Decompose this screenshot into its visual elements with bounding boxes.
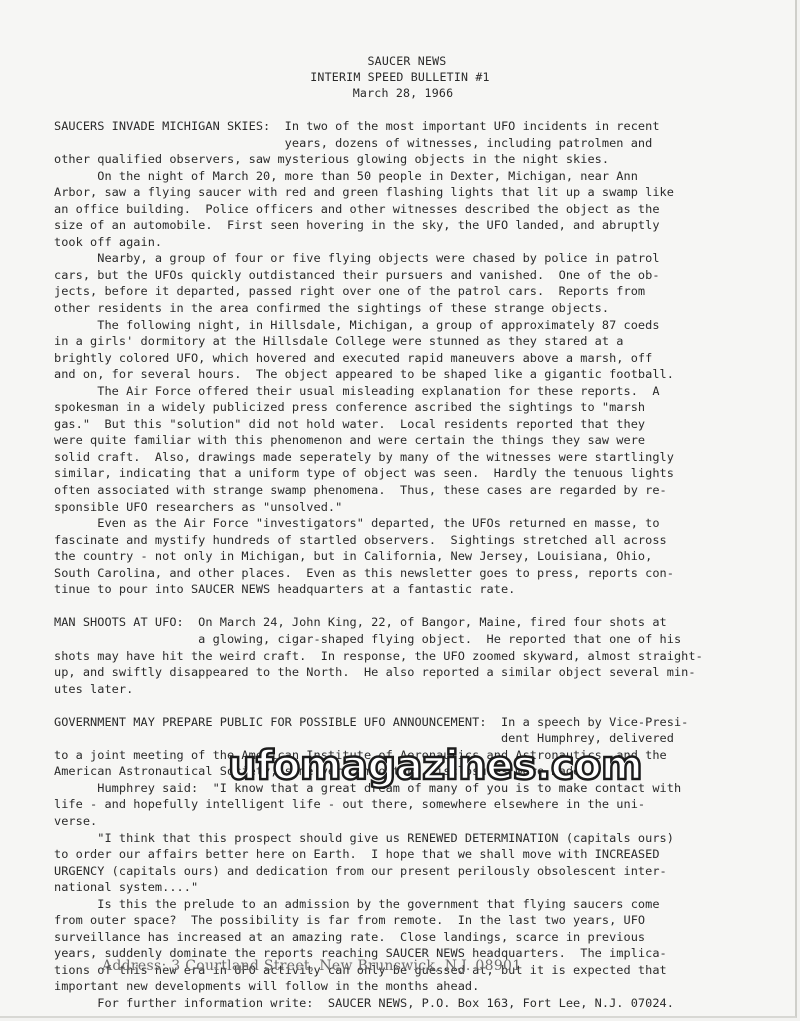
article-line: shots may have hit the weird craft. In r… [54,648,774,665]
article-man-shoots: MAN SHOOTS AT UFO: On March 24, John Kin… [54,614,774,697]
article-line: in a girls' dormitory at the Hillsdale C… [54,333,774,350]
document-page: SAUCER NEWS INTERIM SPEED BULLETIN #1 Ma… [0,0,797,1018]
article-line: from outer space? The possibility is far… [54,912,774,929]
article-line: The following night, in Hillsdale, Michi… [54,317,774,334]
article-michigan: SAUCERS INVADE MICHIGAN SKIES: In two of… [54,118,774,598]
publication-title: SAUCER NEWS [14,53,800,69]
article-line: an office building. Police officers and … [54,201,774,218]
article-line: The Air Force offered their usual mislea… [54,383,774,400]
article-line: national system...." [54,879,774,896]
article-line: verse. [54,813,774,830]
article-line: size of an automobile. First seen hoveri… [54,217,774,234]
masthead: SAUCER NEWS INTERIM SPEED BULLETIN #1 Ma… [0,53,800,101]
article-line: were quite familiar with this phenomenon… [54,432,774,449]
article-line: "I think that this prospect should give … [54,830,774,847]
article-line: URGENCY (capitals ours) and dedication f… [54,863,774,880]
article-line: the country - not only in Michigan, but … [54,548,774,565]
article-line: MAN SHOOTS AT UFO: On March 24, John Kin… [54,614,774,631]
article-line: other residents in the area confirmed th… [54,300,774,317]
article-line: similar, indicating that a uniform type … [54,465,774,482]
bulletin-body: SAUCERS INVADE MICHIGAN SKIES: In two of… [54,118,774,1012]
article-line: cars, but the UFOs quickly outdistanced … [54,267,774,284]
article-line: GOVERNMENT MAY PREPARE PUBLIC FOR POSSIB… [54,714,774,731]
article-line: utes later. [54,681,774,698]
article-line: gas." But this "solution" did not hold w… [54,416,774,433]
article-line: For further information write: SAUCER NE… [54,995,774,1012]
article-line: Even as the Air Force "investigators" de… [54,515,774,532]
article-line: fascinate and mystify hundreds of startl… [54,532,774,549]
bulletin-subtitle: INTERIM SPEED BULLETIN #1 [0,69,800,85]
bulletin-date: March 28, 1966 [6,85,800,101]
article-line: solid craft. Also, drawings made seperat… [54,449,774,466]
article-line: years, dozens of witnesses, including pa… [54,135,774,152]
article-line: a glowing, cigar-shaped flying object. H… [54,631,774,648]
article-line: sponsible UFO researchers as "unsolved." [54,499,774,516]
article-line: often associated with strange swamp phen… [54,482,774,499]
address-stamp: Address: 3 Courtland Street, New Brunswi… [102,958,521,974]
article-line: up, and swiftly disappeared to the North… [54,664,774,681]
article-line: life - and hopefully intelligent life - … [54,796,774,813]
article-line: On the night of March 20, more than 50 p… [54,168,774,185]
article-line: brightly colored UFO, which hovered and … [54,350,774,367]
section-gap [54,697,774,714]
article-line: spokesman in a widely publicized press c… [54,399,774,416]
article-line: to order our affairs better here on Eart… [54,846,774,863]
article-line: other qualified observers, saw mysteriou… [54,151,774,168]
article-line: Is this the prelude to an admission by t… [54,896,774,913]
section-gap [54,598,774,615]
article-line: Arbor, saw a flying saucer with red and … [54,184,774,201]
article-line: South Carolina, and other places. Even a… [54,565,774,582]
article-line: took off again. [54,234,774,251]
watermark: ufomagazines.com [228,742,642,790]
article-line: and on, for several hours. The object ap… [54,366,774,383]
article-line: SAUCERS INVADE MICHIGAN SKIES: In two of… [54,118,774,135]
article-line: important new developments will follow i… [54,978,774,995]
article-line: Nearby, a group of four or five flying o… [54,250,774,267]
article-line: tinue to pour into SAUCER NEWS headquart… [54,581,774,598]
article-line: surveillance has increased at an amazing… [54,929,774,946]
article-line: jects, before it departed, passed right … [54,283,774,300]
